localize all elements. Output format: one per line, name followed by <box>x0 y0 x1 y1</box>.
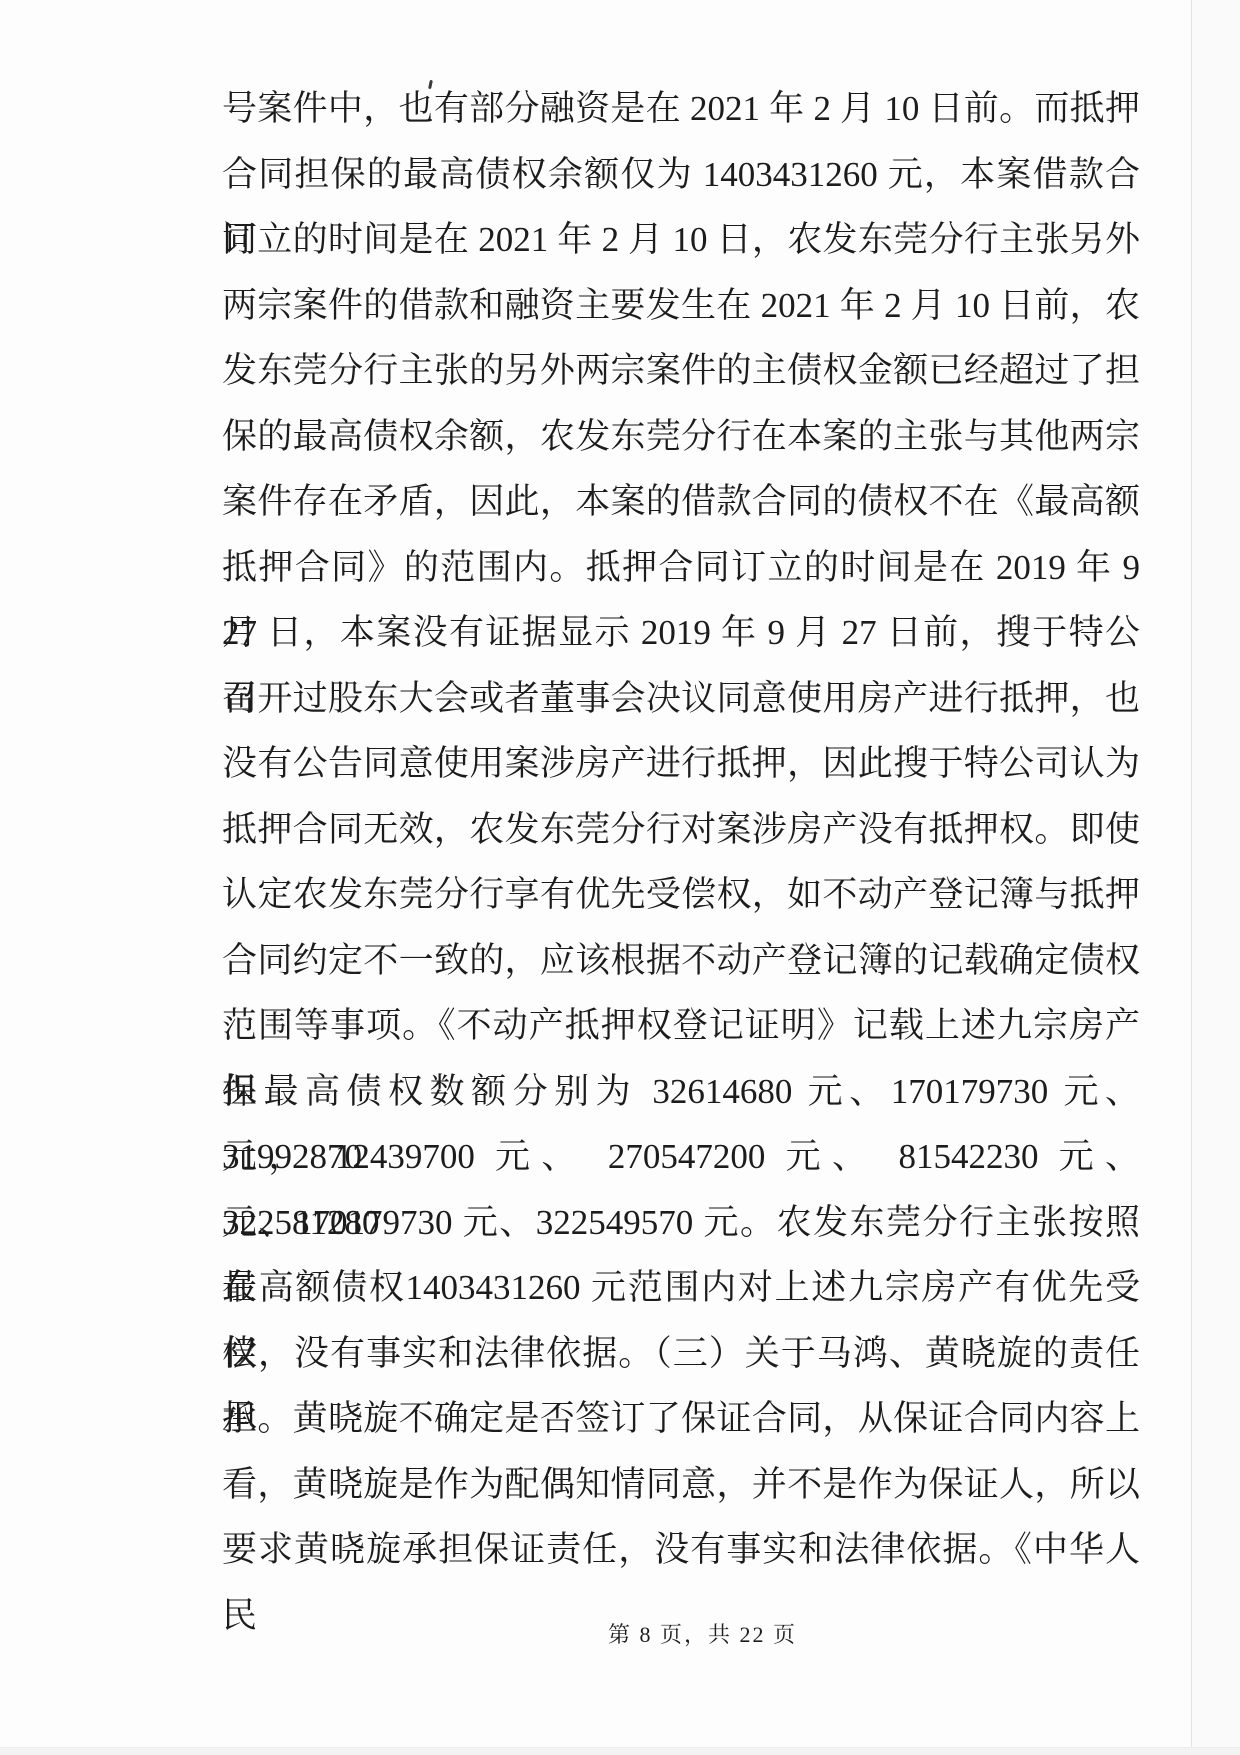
text-line: 范围等事项。《不动产抵押权登记证明》记载上述九宗房产担 <box>222 993 1140 1059</box>
scan-edge-line <box>1191 0 1192 1748</box>
scan-bottom-strip <box>0 1747 1240 1755</box>
text-line: 担。黄晓旋不确定是否签订了保证合同，从保证合同内容上 <box>222 1386 1140 1452</box>
text-line: 案件存在矛盾，因此，本案的借款合同的债权不在《最高额 <box>222 469 1140 535</box>
text-line: 抵押合同无效，农发东莞分行对案涉房产没有抵押权。即使 <box>222 797 1140 863</box>
scan-right-margin <box>1192 0 1240 1755</box>
text-line: 认定农发东莞分行享有优先受偿权，如不动产登记簿与抵押 <box>222 862 1140 928</box>
text-line: 保最高债权数额分别为 32614680 元、170179730 元、319928… <box>222 1059 1140 1125</box>
page-number-footer: 第 8 页，共 22 页 <box>608 1620 797 1650</box>
text-line: 最高额债权1403431260 元范围内对上述九宗房产有优先受偿 <box>222 1255 1140 1321</box>
text-line: 发东莞分行主张的另外两宗案件的主债权金额已经超过了担 <box>222 338 1140 404</box>
document-page: 号案件中，也有部分融资是在 2021 年 2 月 10 日前。而抵押合同担保的最… <box>0 0 1240 1755</box>
text-line: 号案件中，也有部分融资是在 2021 年 2 月 10 日前。而抵押 <box>222 76 1140 142</box>
text-line: 保的最高债权余额，农发东莞分行在本案的主张与其他两宗 <box>222 404 1140 470</box>
text-line: 要求黄晓旋承担保证责任，没有事实和法律依据。《中华人民 <box>222 1517 1140 1583</box>
text-line: 看，黄晓旋是作为配偶知情同意，并不是作为保证人，所以 <box>222 1452 1140 1518</box>
text-line: 元、170179730 元、322549570 元。农发东莞分行主张按照在 <box>222 1190 1140 1256</box>
text-line: 合同约定不一致的，应该根据不动产登记簿的记载确定债权 <box>222 928 1140 994</box>
text-line: 没有公告同意使用案涉房产进行抵押，因此搜于特公司认为 <box>222 731 1140 797</box>
text-line: 召开过股东大会或者董事会决议同意使用房产进行抵押，也 <box>222 666 1140 732</box>
document-body: 号案件中，也有部分融资是在 2021 年 2 月 10 日前。而抵押合同担保的最… <box>222 76 1140 1583</box>
text-line: 抵押合同》的范围内。抵押合同订立的时间是在 2019 年 9 月 <box>222 535 1140 601</box>
text-line: 两宗案件的借款和融资主要发生在 2021 年 2 月 10 日前，农 <box>222 273 1140 339</box>
text-line: 元， 12439700 元、 270547200 元、 81542230 元、 … <box>222 1124 1140 1190</box>
text-line: 权，没有事实和法律依据。（三）关于马鸿、黄晓旋的责任承 <box>222 1321 1140 1387</box>
text-line: 合同担保的最高债权余额仅为 1403431260 元，本案借款合同 <box>222 142 1140 208</box>
text-line: 27 日，本案没有证据显示 2019 年 9 月 27 日前，搜于特公司 <box>222 600 1140 666</box>
text-line: 订立的时间是在 2021 年 2 月 10 日，农发东莞分行主张另外 <box>222 207 1140 273</box>
